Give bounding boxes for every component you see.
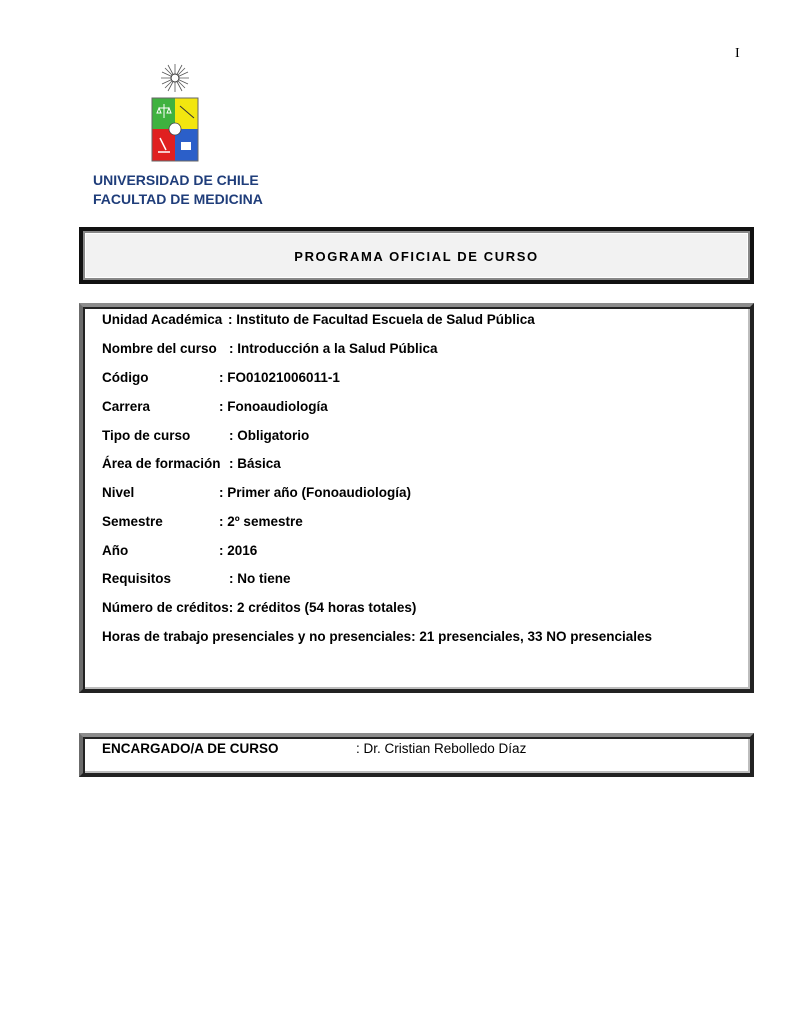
page-number: I <box>735 46 740 62</box>
info-label: Nombre del curso <box>102 341 217 356</box>
university-coat-of-arms-icon <box>150 62 200 164</box>
info-row-creditos: Número de créditos: 2 créditos (54 horas… <box>102 600 416 620</box>
info-label: Año <box>102 543 128 558</box>
info-label: Unidad Académica <box>102 312 222 327</box>
info-value: : Introducción a la Salud Pública <box>229 341 438 356</box>
info-value: : 21 presenciales, 33 NO presenciales <box>411 629 652 644</box>
faculty-name: FACULTAD DE MEDICINA <box>93 190 263 209</box>
info-label: Área de formación <box>102 456 221 471</box>
encargado-value: : Dr. Cristian Rebolledo Díaz <box>356 741 526 756</box>
info-label: Semestre <box>102 514 163 529</box>
info-label: Nivel <box>102 485 134 500</box>
info-row-horas: Horas de trabajo presenciales y no prese… <box>102 629 652 649</box>
title-box: PROGRAMA OFICIAL DE CURSO <box>79 227 754 284</box>
info-value: : 2016 <box>219 543 257 558</box>
university-name: UNIVERSIDAD DE CHILE <box>93 171 263 190</box>
info-value: : FO01021006011-1 <box>219 370 340 385</box>
info-value: : Básica <box>229 456 281 471</box>
info-label: Número de créditos <box>102 600 229 615</box>
info-value: : Instituto de Facultad Escuela de Salud… <box>228 312 535 327</box>
encargado-label: ENCARGADO/A DE CURSO <box>102 741 279 756</box>
info-value: : Fonoaudiología <box>219 399 328 414</box>
info-label: Código <box>102 370 149 385</box>
info-label: Carrera <box>102 399 150 414</box>
info-label: Requisitos <box>102 571 171 586</box>
info-value: : 2 créditos (54 horas totales) <box>229 600 417 615</box>
document-title: PROGRAMA OFICIAL DE CURSO <box>83 249 750 264</box>
info-value: : No tiene <box>229 571 291 586</box>
institution-header: UNIVERSIDAD DE CHILE FACULTAD DE MEDICIN… <box>93 171 263 209</box>
info-value: : Obligatorio <box>229 428 309 443</box>
info-label: Tipo de curso <box>102 428 190 443</box>
info-value: : 2º semestre <box>219 514 303 529</box>
info-label: Horas de trabajo presenciales y no prese… <box>102 629 411 644</box>
info-value: : Primer año (Fonoaudiología) <box>219 485 411 500</box>
